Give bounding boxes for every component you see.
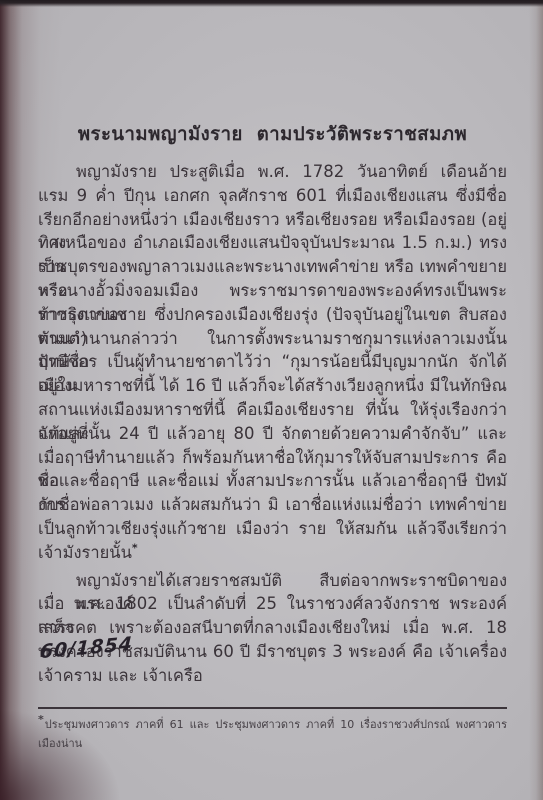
- paragraph-2: พญามังรายได้เสวยราชสมบัติ สืบต่อจากพระรา…: [38, 569, 507, 688]
- page-title: พระนามพญามังราย ตามประวัติพระราชสมภพ: [38, 120, 507, 149]
- text-line: เมื่อ พ.ศ. 1802 เป็นลำดับที่ 25 ในราชวงศ…: [38, 592, 507, 616]
- text-line: พญามังราย ประสูติเมื่อ พ.ศ. 1782 วันอาทิ…: [38, 160, 507, 184]
- page-gutter-shadow: [0, 0, 14, 800]
- footnote-line: *ประชุมพงศาวดาร ภาคที่ 61 และ ประชุมพงศา…: [38, 715, 507, 734]
- text-line: สวรรคต เพราะต้องอสนีบาตที่กลางเมืองเชียง…: [38, 616, 507, 640]
- text-line: เป็นลูกท้าวเชียงรุ่งแก้วชาย เมืองว่า ราย…: [38, 517, 507, 541]
- text-line: เจ้าคราม และ เจ้าเครือ: [38, 664, 507, 688]
- text-line: ปัทมังกร เป็นผู้ทำนายชาตาไว้ว่า “กุมารน้…: [38, 350, 507, 374]
- text-line: ราชบุตรของพญาลาวเมงและพระนางเทพคำข่าย หร…: [38, 255, 507, 279]
- page-content: พระนามพญามังราย ตามประวัติพระราชสมภพ พญา…: [38, 120, 507, 753]
- text-line: พ่อและชื่อฤาษี และชื่อแม่ ทั้งสามประการน…: [38, 469, 507, 493]
- text-line: ทิศเหนือของ อำเภอเมืองเชียงแสนปัจจุบันปร…: [38, 231, 507, 255]
- text-line: ตามตำนานกล่าวว่า ในการตั้งพระนามราชกุมาร…: [38, 327, 507, 351]
- text-line-fragment: เจ้ามังรายนั้น: [38, 543, 132, 562]
- text-line: กับชื่อพ่อลาวเมง แล้วผสมกันว่า มิ เอาชื่…: [38, 493, 507, 517]
- text-line: เรียกอีกอย่างหนึ่งว่า เมืองเชียงราว หรือ…: [38, 208, 507, 232]
- text-line: พระนางอั้วมิ่งจอมเมือง พระราชมารดาของพระ…: [38, 279, 507, 303]
- footnote-marker: *: [38, 713, 44, 726]
- text-line: พญามังรายได้เสวยราชสมบัติ สืบต่อจากพระรา…: [38, 569, 507, 593]
- text-line: เมื่อฤาษีทำนายแล้ว ก็พร้อมกันหาชื่อให้กุ…: [38, 446, 507, 470]
- footnote-divider: [38, 707, 507, 709]
- book-page: พระนามพญามังราย ตามประวัติพระราชสมภพ พญา…: [0, 0, 543, 800]
- text-line: เจ้ามังรายนั้น*: [38, 541, 507, 565]
- text-line: จักอยู่ที่นั้น 24 ปี แล้วอายุ 80 ปี จักต…: [38, 422, 507, 446]
- paragraph-1: พญามังราย ประสูติเมื่อ พ.ศ. 1782 วันอาทิ…: [38, 160, 507, 565]
- text-line: สถานแห่งเมืองมหาราชที่นี้ คือเมืองเชียงร…: [38, 398, 507, 422]
- footnote-text: ประชุมพงศาวดาร ภาคที่ 61 และ ประชุมพงศาว…: [45, 718, 507, 731]
- footnote: *ประชุมพงศาวดาร ภาคที่ 61 และ ประชุมพงศา…: [38, 715, 507, 753]
- text-line: ท้าวรุ่งแก่นชาย ซึ่งปกครองเมืองเชียงรุ่ง…: [38, 303, 507, 327]
- text-line: เมืองมหาราชที่นี้ ได้ 16 ปี แล้วก็จะได้ส…: [38, 374, 507, 398]
- text-line: แรม 9 ค่ำ ปีกุน เอกศก จุลศักราช 601 ที่เ…: [38, 184, 507, 208]
- footnote-line: เมืองน่าน: [38, 734, 507, 753]
- footnote-marker: *: [132, 541, 138, 554]
